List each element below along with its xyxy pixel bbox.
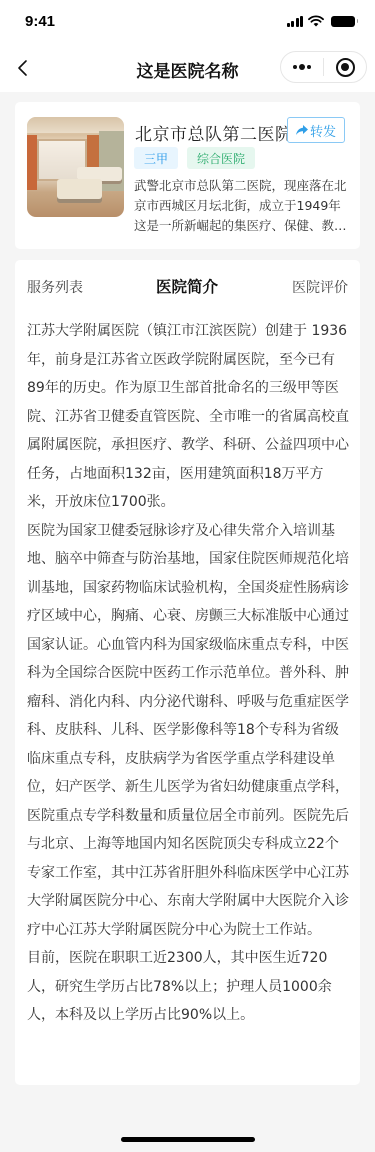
tab-hospital-intro[interactable]: 医院简介 bbox=[156, 275, 218, 297]
tab-service-list[interactable]: 服务列表 bbox=[27, 277, 83, 297]
hospital-description: 武警北京市总队第二医院，现座落在北京市西城区月坛北街，成立于1949年这是一所新… bbox=[134, 176, 348, 236]
intro-paragraph: 江苏大学附属医院（镇江市江滨医院）创建于 1936年，前身是江苏省立医政学院附属… bbox=[27, 317, 350, 517]
hospital-image bbox=[27, 117, 124, 217]
share-button[interactable]: 转发 bbox=[287, 117, 345, 143]
hospital-tags: 三甲 综合医院 bbox=[134, 147, 255, 169]
cellular-signal-icon bbox=[287, 16, 304, 27]
close-program-button[interactable] bbox=[324, 52, 366, 82]
wifi-icon bbox=[308, 15, 324, 27]
tab-hospital-reviews[interactable]: 医院评价 bbox=[292, 277, 348, 297]
intro-paragraph: 医院为国家卫健委冠脉诊疗及心律失常介入培训基地、脑卒中筛查与防治基地，国家住院医… bbox=[27, 517, 350, 945]
nav-bar: 这是医院名称 bbox=[0, 44, 375, 92]
more-dots-icon bbox=[293, 64, 311, 70]
tag-hospital-type: 综合医院 bbox=[187, 147, 255, 169]
intro-paragraph: 目前，医院在职职工近2300人，其中医生近720人，研究生学历占比78%以上；护… bbox=[27, 944, 350, 1030]
hospital-intro-card: 服务列表 医院简介 医院评价 江苏大学附属医院（镇江市江滨医院）创建于 1936… bbox=[15, 260, 360, 1085]
more-button[interactable] bbox=[281, 52, 323, 82]
hospital-name: 北京市总队第二医院 bbox=[135, 120, 293, 145]
status-icons bbox=[287, 15, 356, 27]
mini-program-capsule bbox=[280, 51, 367, 83]
status-bar: 9:41 bbox=[0, 0, 375, 44]
intro-content: 江苏大学附属医院（镇江市江滨医院）创建于 1936年，前身是江苏省立医政学院附属… bbox=[27, 317, 350, 1030]
tab-hospital-intro-label: 医院简介 bbox=[156, 278, 218, 296]
home-indicator[interactable] bbox=[121, 1137, 255, 1142]
share-label: 转发 bbox=[310, 121, 336, 140]
target-circle-icon bbox=[336, 58, 355, 77]
tag-hospital-level: 三甲 bbox=[134, 147, 178, 169]
status-time: 9:41 bbox=[25, 13, 55, 30]
battery-icon bbox=[331, 16, 355, 27]
hospital-info-card: 北京市总队第二医院 转发 三甲 综合医院 武警北京市总队第二医院，现座落在北京市… bbox=[15, 102, 360, 249]
tab-bar: 服务列表 医院简介 医院评价 bbox=[15, 277, 360, 301]
share-arrow-icon bbox=[296, 125, 308, 135]
